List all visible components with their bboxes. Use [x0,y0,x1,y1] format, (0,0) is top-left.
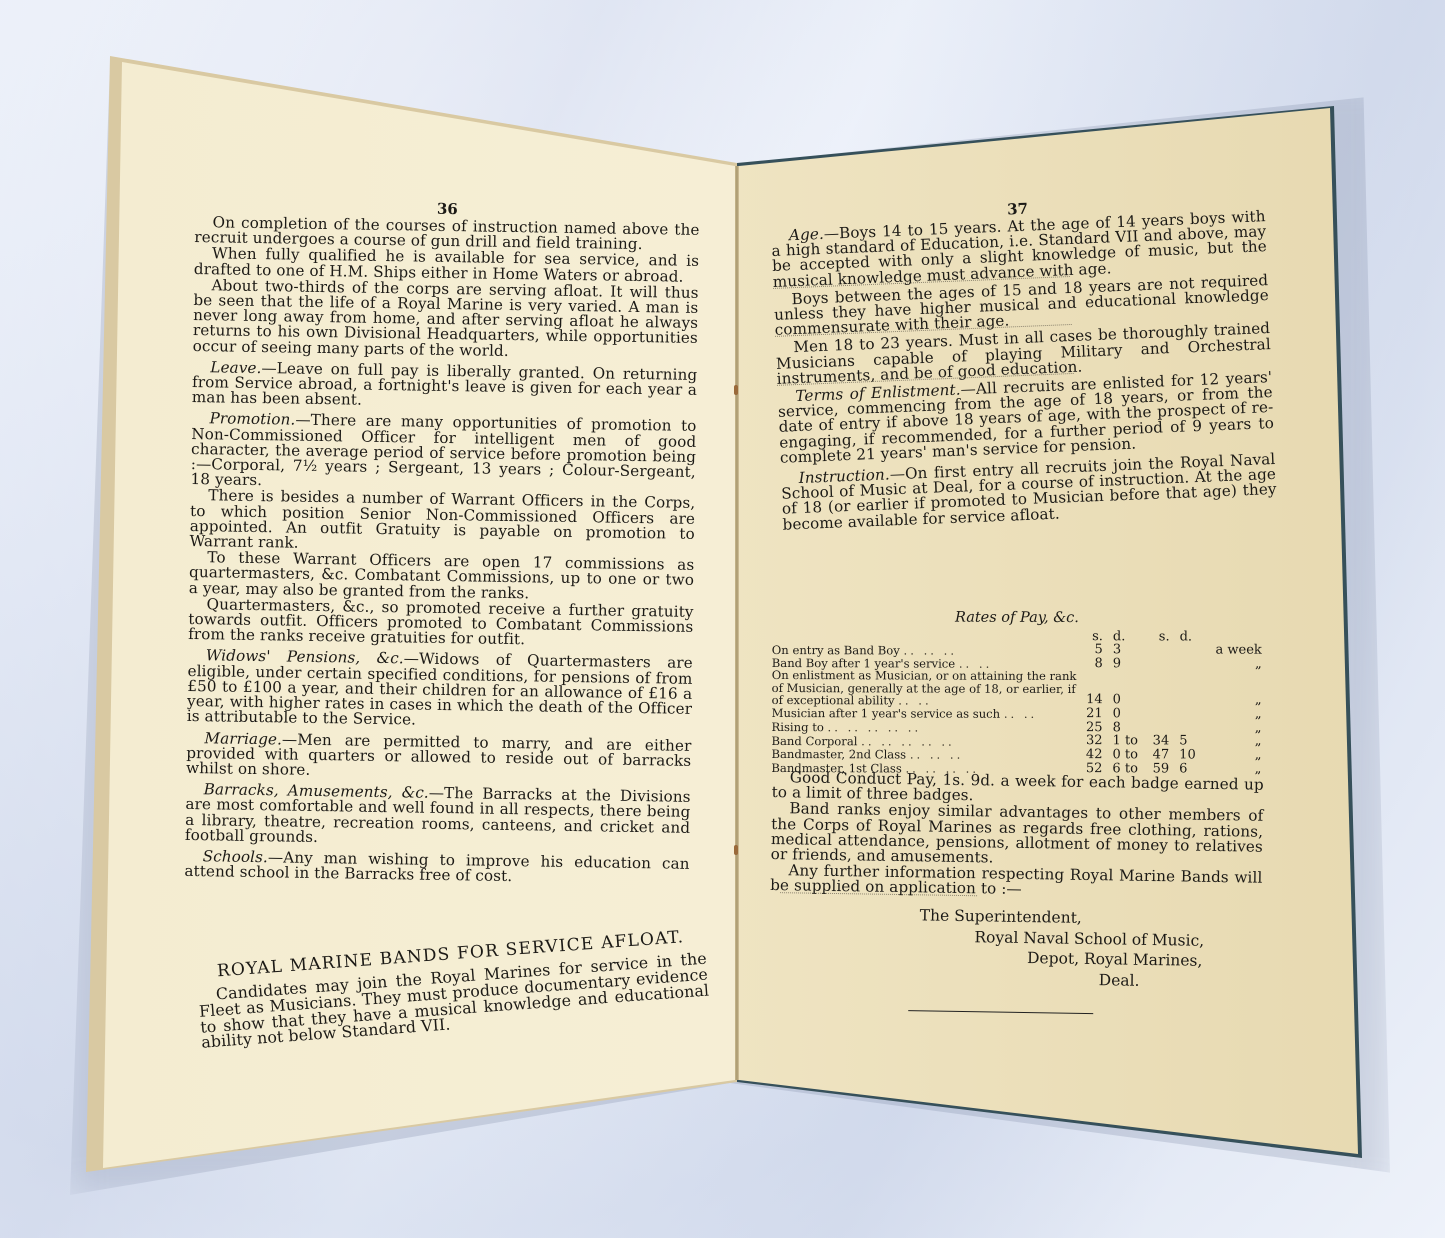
cell-unit: „ [1202,748,1261,762]
paragraph: About two-thirds of the corps are servin… [193,278,699,362]
paragraph: Quartermasters, &c., so promoted receive… [188,597,694,651]
cell-unit: „ [1202,671,1261,708]
cell-unit: „ [1202,735,1261,749]
paragraph-text: —Leave on full pay is liberally granted.… [192,359,698,409]
cell-value: 9 [1107,657,1147,671]
pay-table-title: Rates of Pay, &c. [772,610,1262,626]
row-label: On entry as Band Boy [772,643,900,657]
cell-value: 34 [1147,735,1173,749]
paragraph-barracks: Barracks, Amusements, &c.—The Barracks a… [185,782,691,851]
paragraph-instruction: Instruction.—On first entry all recruits… [780,452,1277,533]
header-pence: d. [1174,630,1203,644]
paragraph-further-info: Any further information respecting Royal… [770,863,1262,901]
paragraph-marriage: Marriage.—Men are permitted to marry, an… [186,730,692,784]
paragraph-text: Band ranks enjoy similar advantages to o… [771,800,1264,867]
cell-unit: a week [1202,644,1261,658]
cell-value [1173,721,1202,735]
paragraph-leave: Leave.—Leave on full pay is liberally gr… [192,360,698,414]
cell-value: 10 [1173,748,1202,762]
right-page-closing: Good Conduct Pay, 1s. 9d. a week for eac… [768,770,1264,1017]
cell-value: 5 [1173,735,1202,749]
cell-value [1173,671,1202,708]
row-label: Band Corporal [771,734,857,748]
cell-value: 8 [1080,657,1106,671]
cell-value: 21 [1080,707,1106,721]
paragraph-text: To these Warrant Officers are open 17 co… [189,549,695,602]
cell-unit: „ [1202,762,1261,776]
header-shillings: s. [1147,630,1173,644]
pay-table: s. d. s. d. On entry as Band Boy .. .. .… [771,628,1262,775]
cell-unit: „ [1202,707,1261,721]
cell-value [1147,721,1173,735]
cell-value: 3 [1107,643,1147,657]
cell-value [1173,657,1202,671]
table-row: Bandmaster, 2nd Class .. .. .. 42 0 to 4… [771,747,1261,762]
pay-section: Rates of Pay, &c. s. d. s. d. On entry a… [771,598,1262,776]
cell-value [1147,671,1173,708]
paragraph-text: About two-thirds of the corps are servin… [193,276,699,359]
paragraph-terms-of-enlistment: Terms of Enlistment.—All recruits are en… [777,370,1275,466]
table-row: Rising to .. .. .. .. .. 25 8 „ [772,720,1262,735]
header-shillings: s. [1081,630,1107,644]
cell-value: 25 [1080,721,1106,735]
row-label: Bandmaster, 2nd Class [771,747,906,761]
left-page-text: 36 On completion of the courses of instr… [184,198,700,893]
cell-value: 14 [1080,670,1106,707]
cell-value: 0 [1107,707,1147,721]
paragraph-text: Good Conduct Pay, 1s. 9d. a week for eac… [772,768,1264,804]
paragraph-band-ranks: Band ranks enjoy similar advantages to o… [771,801,1264,870]
cell-value [1147,643,1173,657]
cell-value [1173,707,1202,721]
cell-unit: „ [1202,721,1261,735]
paragraph-widows-pensions: Widows' Pensions, &c.—Widows of Quarterm… [187,648,693,732]
address-block: The Superintendent, Royal Naval School o… [769,903,1262,994]
paragraph-promotion: Promotion.—There are many opportunities … [190,411,696,495]
cell-value: 32 [1080,734,1106,748]
row-label: Rising to [772,720,824,734]
book-gutter [735,166,739,1080]
paragraph-text: Quartermasters, &c., so promoted receive… [188,595,694,648]
cell-value [1174,644,1203,658]
paragraph-text: Any further information respecting Royal… [770,861,1262,898]
table-row: Band Corporal .. .. .. .. .. 32 1 to 34 … [771,733,1261,748]
cell-value: 42 [1080,748,1106,762]
paragraph-schools: Schools.—Any man wishing to improve his … [184,849,689,887]
row-label: Musician after 1 year's service as such [772,706,1001,721]
table-row: On entry as Band Boy .. .. .. 5 3 a week [772,642,1262,657]
staple-mark [734,845,738,855]
staple-mark [734,385,738,395]
cell-value: 5 [1080,643,1106,657]
table-row: Musician after 1 year's service as such … [772,706,1262,721]
cell-value [1147,657,1173,671]
right-page-text: 37 Age.—Boys 14 to 15 years. At the age … [770,192,1278,538]
cell-value [1147,707,1173,721]
table-row: On enlistment as Musician, or on attaini… [772,669,1262,707]
cell-value: 47 [1147,748,1173,762]
paragraph-text: There is besides a number of Warrant Off… [189,487,695,552]
cell-value: 0 [1107,671,1147,708]
cell-unit: „ [1202,657,1261,671]
paragraph: There is besides a number of Warrant Off… [189,488,695,557]
